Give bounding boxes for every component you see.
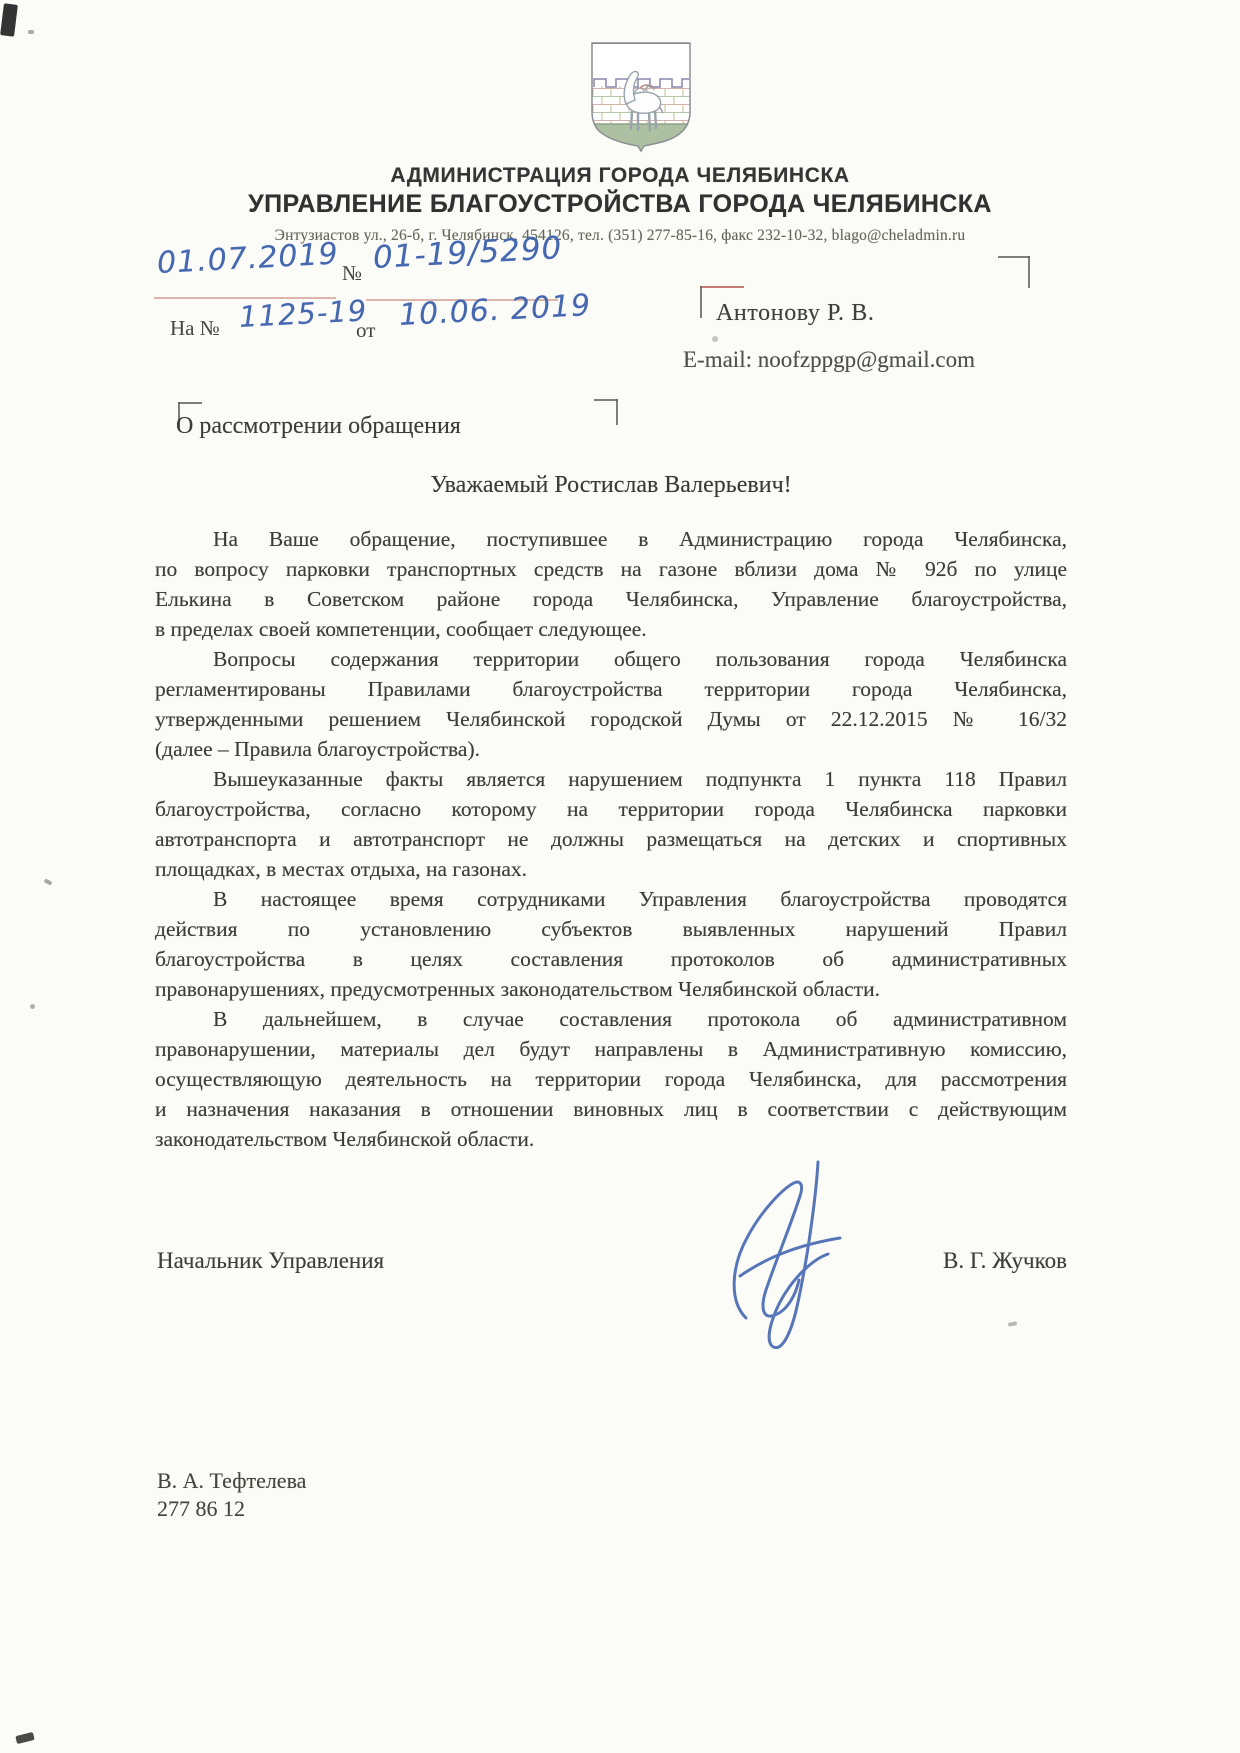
org-name-title: УПРАВЛЕНИЕ БЛАГОУСТРОЙСТВА ГОРОДА ЧЕЛЯБИ… <box>0 190 1240 219</box>
body-line: (далее – Правила благоустройства). <box>155 734 1067 764</box>
body-line: Елькина в Советском районе города Челяби… <box>155 584 1067 614</box>
scan-artifact <box>15 1732 34 1744</box>
body-line: утвержденными решением Челябинской город… <box>155 704 1067 734</box>
body-line: Вопросы содержания территории общего пол… <box>155 644 1067 674</box>
body-line: На Ваше обращение, поступившее в Админис… <box>155 524 1067 554</box>
scan-artifact <box>1008 1321 1018 1327</box>
corner-mark <box>178 402 202 404</box>
corner-mark <box>700 286 744 288</box>
body-line: правонарушениях, предусмотренных законод… <box>155 974 1067 1004</box>
handwritten-signature <box>692 1148 922 1378</box>
chelyabinsk-camel-emblem-icon <box>588 40 694 154</box>
scanned-letter-page: { "letterhead": { "org_parent": "АДМИНИС… <box>0 0 1240 1753</box>
body-line: автотранспорта и автотранспорт не должны… <box>155 824 1067 854</box>
signatory-name: В. Г. Жучков <box>943 1248 1067 1274</box>
org-address-line: Энтузиастов ул., 26-б, г. Челябинск, 454… <box>0 227 1240 245</box>
body-line: правонарушении, материалы дел будут напр… <box>155 1034 1067 1064</box>
body-line: В настоящее время сотрудниками Управлени… <box>155 884 1067 914</box>
email-value: noofzppgp@gmail.com <box>758 347 975 372</box>
corner-mark <box>594 399 618 401</box>
executor-phone: 277 86 12 <box>157 1496 245 1522</box>
recipient-name: Антонову Р. В. <box>716 300 874 327</box>
body-line: законодательством Челябинской области. <box>155 1124 1067 1154</box>
body-line: благоустройства, согласно которому на те… <box>155 794 1067 824</box>
scan-artifact <box>0 3 18 36</box>
scan-artifact <box>30 1004 35 1009</box>
recipient-email-line: E-mail: noofzppgp@gmail.com <box>683 347 975 373</box>
body-line: действия по установлению субъектов выявл… <box>155 914 1067 944</box>
corner-mark <box>1028 256 1030 288</box>
body-line: площадках, в местах отдыха, на газонах. <box>155 854 1067 884</box>
incoming-date-handwritten: 10.06. 2019 <box>398 288 592 333</box>
corner-mark <box>616 399 618 425</box>
signatory-title: Начальник Управления <box>157 1248 384 1274</box>
corner-mark <box>700 286 702 318</box>
incoming-from-label: от <box>356 318 375 343</box>
body-line: по вопросу парковки транспортных средств… <box>155 554 1067 584</box>
incoming-number-handwritten: 1125-19 <box>238 293 368 334</box>
body-line: в пределах своей компетенции, сообщает с… <box>155 614 1067 644</box>
email-label: E-mail: <box>683 347 752 372</box>
org-parent-title: АДМИНИСТРАЦИЯ ГОРОДА ЧЕЛЯБИНСКА <box>0 164 1240 188</box>
body-line: В дальнейшем, в случае составления прото… <box>155 1004 1067 1034</box>
body-line: и назначения наказания в отношении винов… <box>155 1094 1067 1124</box>
body-line: Вышеуказанные факты является нарушением … <box>155 764 1067 794</box>
subject-line: О рассмотрении обращения <box>176 413 461 440</box>
scan-artifact <box>712 336 718 342</box>
body-line: благоустройства в целях составления прот… <box>155 944 1067 974</box>
scan-artifact <box>28 30 34 34</box>
body-line: регламентированы Правилами благоустройст… <box>155 674 1067 704</box>
incoming-ref-label: На № <box>170 316 220 341</box>
corner-mark <box>998 256 1030 258</box>
salutation: Уважаемый Ростислав Валерьевич! <box>155 472 1067 499</box>
number-sign: № <box>342 261 362 286</box>
scan-artifact <box>44 878 53 885</box>
executor-name: В. А. Тефтелева <box>157 1468 306 1494</box>
body-line: осуществляющую деятельность на территори… <box>155 1064 1067 1094</box>
